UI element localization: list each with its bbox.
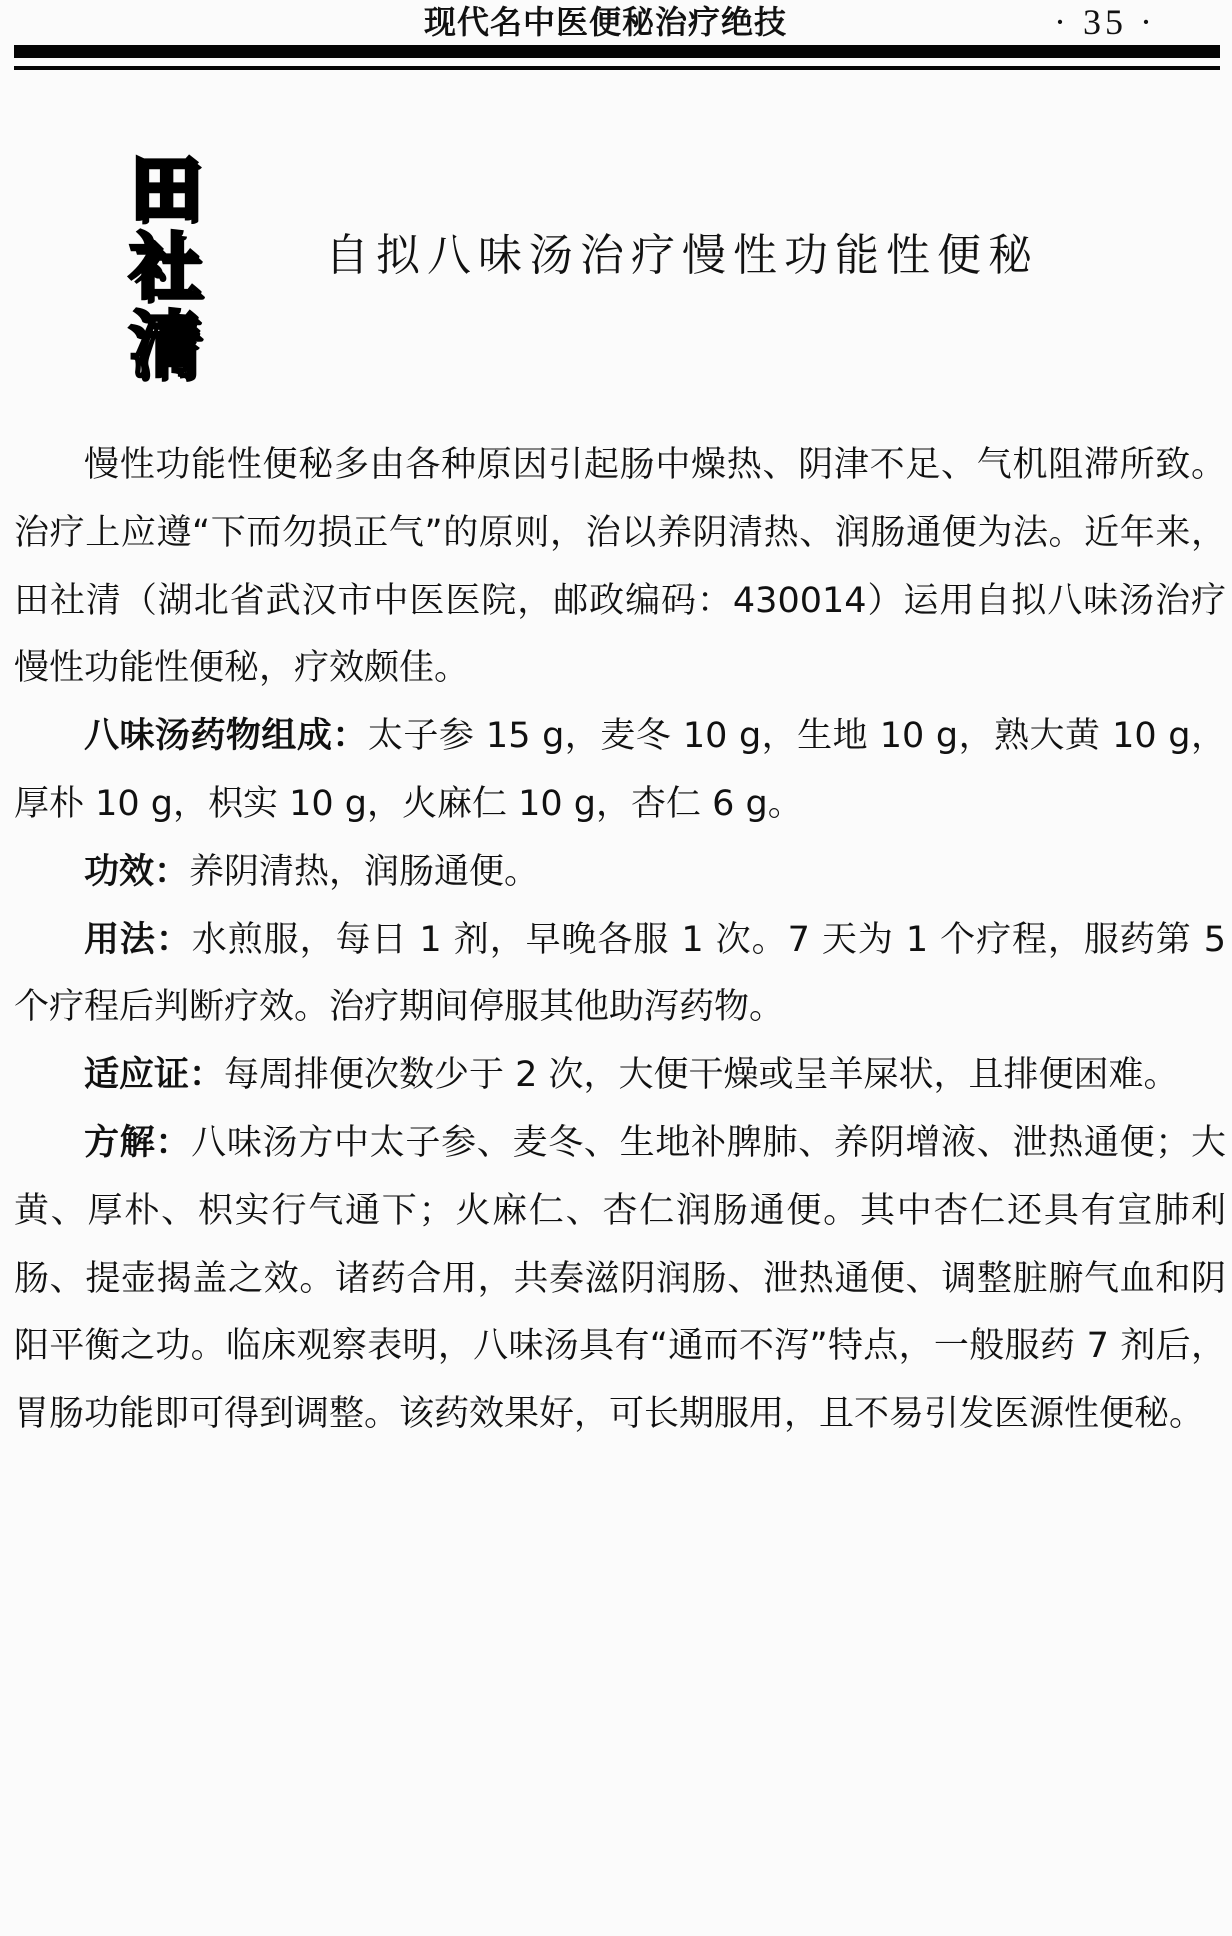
author-name: 田 社 清 [110,150,220,384]
author-char: 清 [110,306,220,384]
paragraph-text: 水煎服，每日 1 剂，早晚各服 1 次。7 天为 1 个疗程，服药第 5 个疗程… [14,920,1226,1028]
paragraph-text: 养阴清热，润肠通便。 [189,852,539,892]
paragraph-lead: 用法： [84,920,192,960]
paragraph-efficacy: 功效：养阴清热，润肠通便。 [14,839,1226,907]
paragraph-composition: 八味汤药物组成：太子参 15 g，麦冬 10 g，生地 10 g，熟大黄 10 … [14,703,1226,839]
paragraph-intro: 慢性功能性便秘多由各种原因引起肠中燥热、阴津不足、气机阻滞所致。治疗上应遵“下而… [14,432,1226,703]
page-number: · 35 · [1054,2,1156,42]
article-body: 慢性功能性便秘多由各种原因引起肠中燥热、阴津不足、气机阻滞所致。治疗上应遵“下而… [14,432,1226,1449]
paragraph-lead: 适应证： [84,1055,224,1095]
paragraph-lead: 功效： [84,852,189,892]
paragraph-text: 每周排便次数少于 2 次，大便干燥或呈羊屎状，且排便困难。 [224,1055,1179,1095]
paragraph-usage: 用法：水煎服，每日 1 剂，早晚各服 1 次。7 天为 1 个疗程，服药第 5 … [14,907,1226,1043]
header-rule-thick [14,45,1220,58]
running-header: 现代名中医便秘治疗绝技 · 35 · [14,0,1220,42]
header-rule-thin [14,66,1220,70]
paragraph-lead: 方解： [84,1123,191,1163]
article-title: 自拟八味汤治疗慢性功能性便秘 [325,228,1039,284]
paragraph-text: 慢性功能性便秘多由各种原因引起肠中燥热、阴津不足、气机阻滞所致。治疗上应遵“下而… [14,445,1226,688]
author-char: 社 [110,228,220,306]
paragraph-indications: 适应证：每周排便次数少于 2 次，大便干燥或呈羊屎状，且排便困难。 [14,1042,1226,1110]
paragraph-text: 八味汤方中太子参、麦冬、生地补脾肺、养阴增液、泄热通便；大黄、厚朴、枳实行气通下… [14,1123,1226,1434]
book-title: 现代名中医便秘治疗绝技 [424,2,787,42]
author-char: 田 [110,150,220,228]
paragraph-explanation: 方解：八味汤方中太子参、麦冬、生地补脾肺、养阴增液、泄热通便；大黄、厚朴、枳实行… [14,1110,1226,1449]
paragraph-lead: 八味汤药物组成： [84,716,368,756]
